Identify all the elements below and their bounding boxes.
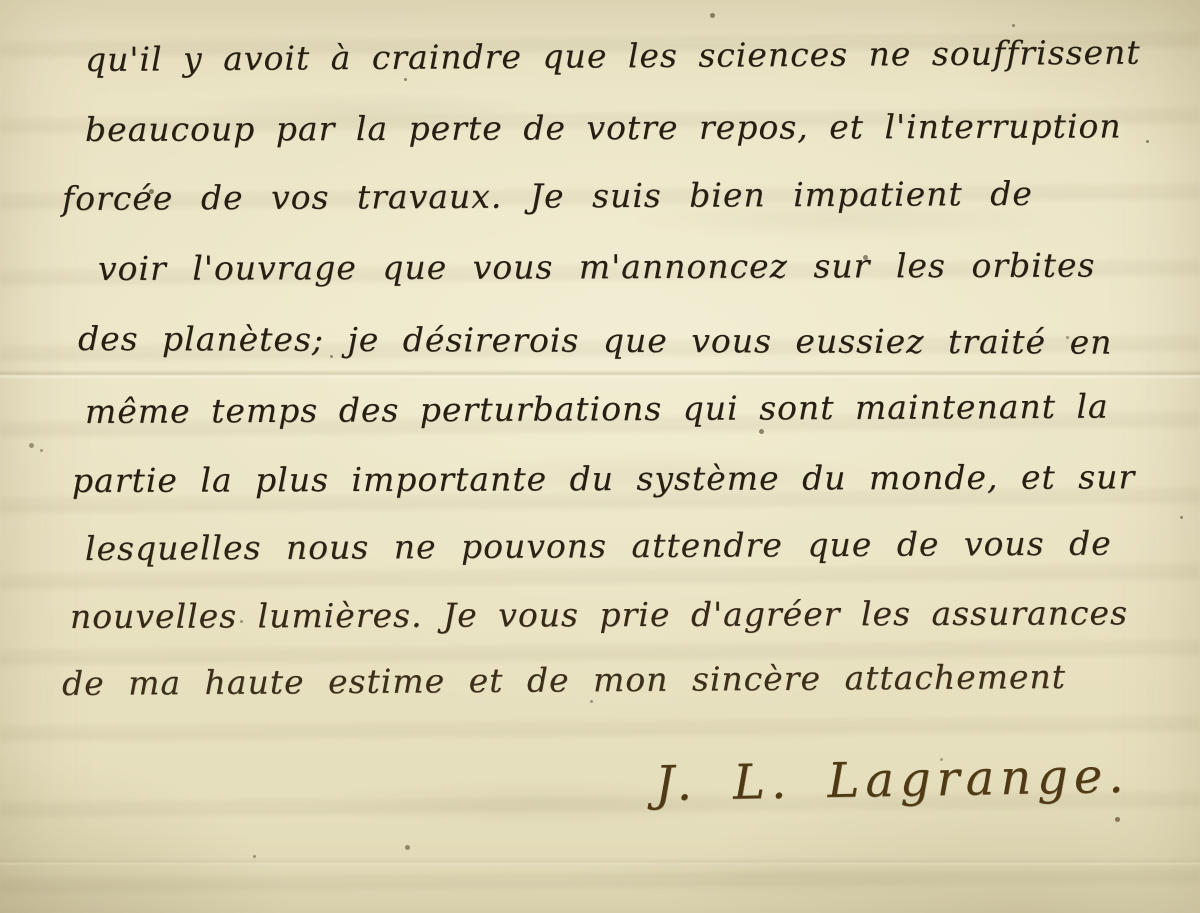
letter-line: de ma haute estime et de mon sincère att… [62,657,1066,703]
signature: J. L. Lagrange. [655,748,1130,812]
letter-line: des planètes; je désirerois que vous eus… [78,319,1113,362]
letter-line: qu'il y avoit à craindre que les science… [85,33,1141,79]
letter-line: partie la plus importante du système du … [72,457,1135,500]
manuscript-page: qu'il y avoit à craindre que les science… [0,0,1200,913]
letter-line: voir l'ouvrage que vous m'annoncez sur l… [98,246,1096,288]
letter-line: forcée de vos travaux. Je suis bien impa… [62,174,1033,218]
letter-line: beaucoup par la perte de votre repos, et… [85,106,1122,149]
letter-line: lesquelles nous ne pouvons attendre que … [85,524,1112,568]
fold-crease [0,370,1200,379]
letter-line: nouvelles lumières. Je vous prie d'agrée… [70,593,1128,636]
letter-line: même temps des perturbations qui sont ma… [85,387,1109,431]
fold-crease-faint [0,858,1200,866]
ink-specks [0,0,3,3]
